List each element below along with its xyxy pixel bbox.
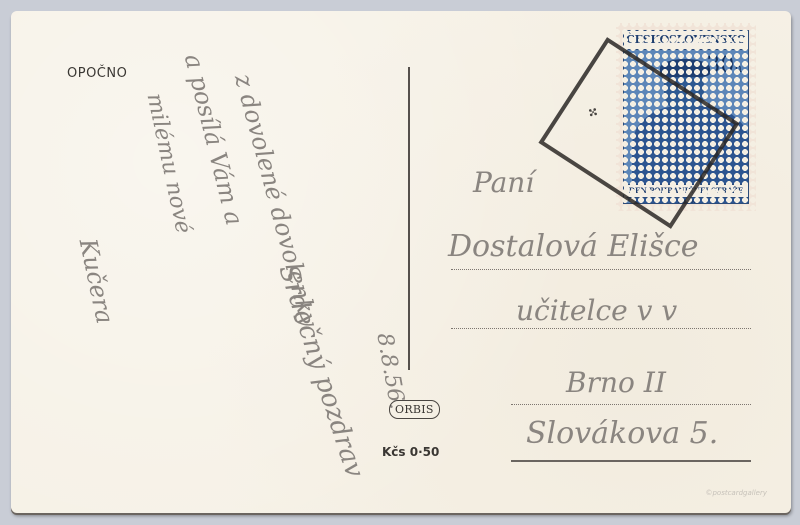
stamp-caption: DEN POHRANIČNEJ STRÁŽE 1956 — [624, 184, 748, 198]
address-line: Paní — [473, 166, 534, 199]
stamp-value: 30h — [706, 53, 742, 78]
stamp-country: ČESKOSLOVENSKO — [624, 31, 748, 50]
address-rule — [451, 328, 751, 329]
address-line: Slovákova 5. — [526, 416, 718, 451]
center-divider — [408, 67, 410, 370]
message-signature: Kučera — [74, 236, 119, 326]
address-line: Dostalová Elišce — [448, 229, 699, 264]
postage-stamp: ČESKOSLOVENSKO 30h DEN POHRANIČNEJ STRÁŽ… — [616, 23, 756, 211]
watermark: ©postcardgallery — [705, 489, 767, 497]
address-rule — [511, 460, 751, 462]
stamp-value-number: 30 — [706, 53, 734, 78]
stamp-value-unit: h — [734, 61, 742, 75]
stamp-image: ČESKOSLOVENSKO 30h DEN POHRANIČNEJ STRÁŽ… — [623, 30, 749, 204]
soldier-cap — [660, 59, 710, 77]
address-line: učitelce v v — [516, 294, 677, 327]
publisher-logo: ORBIS — [389, 400, 440, 419]
address-rule — [511, 404, 751, 405]
handwritten-message: Srdečný pozdrav z dovolené dovolenky a p… — [71, 41, 401, 461]
address-line: Brno II — [566, 366, 666, 399]
message-line: milému nové — [142, 91, 196, 236]
price-label: Kčs 0·50 — [382, 445, 439, 459]
address-rule — [451, 269, 751, 270]
